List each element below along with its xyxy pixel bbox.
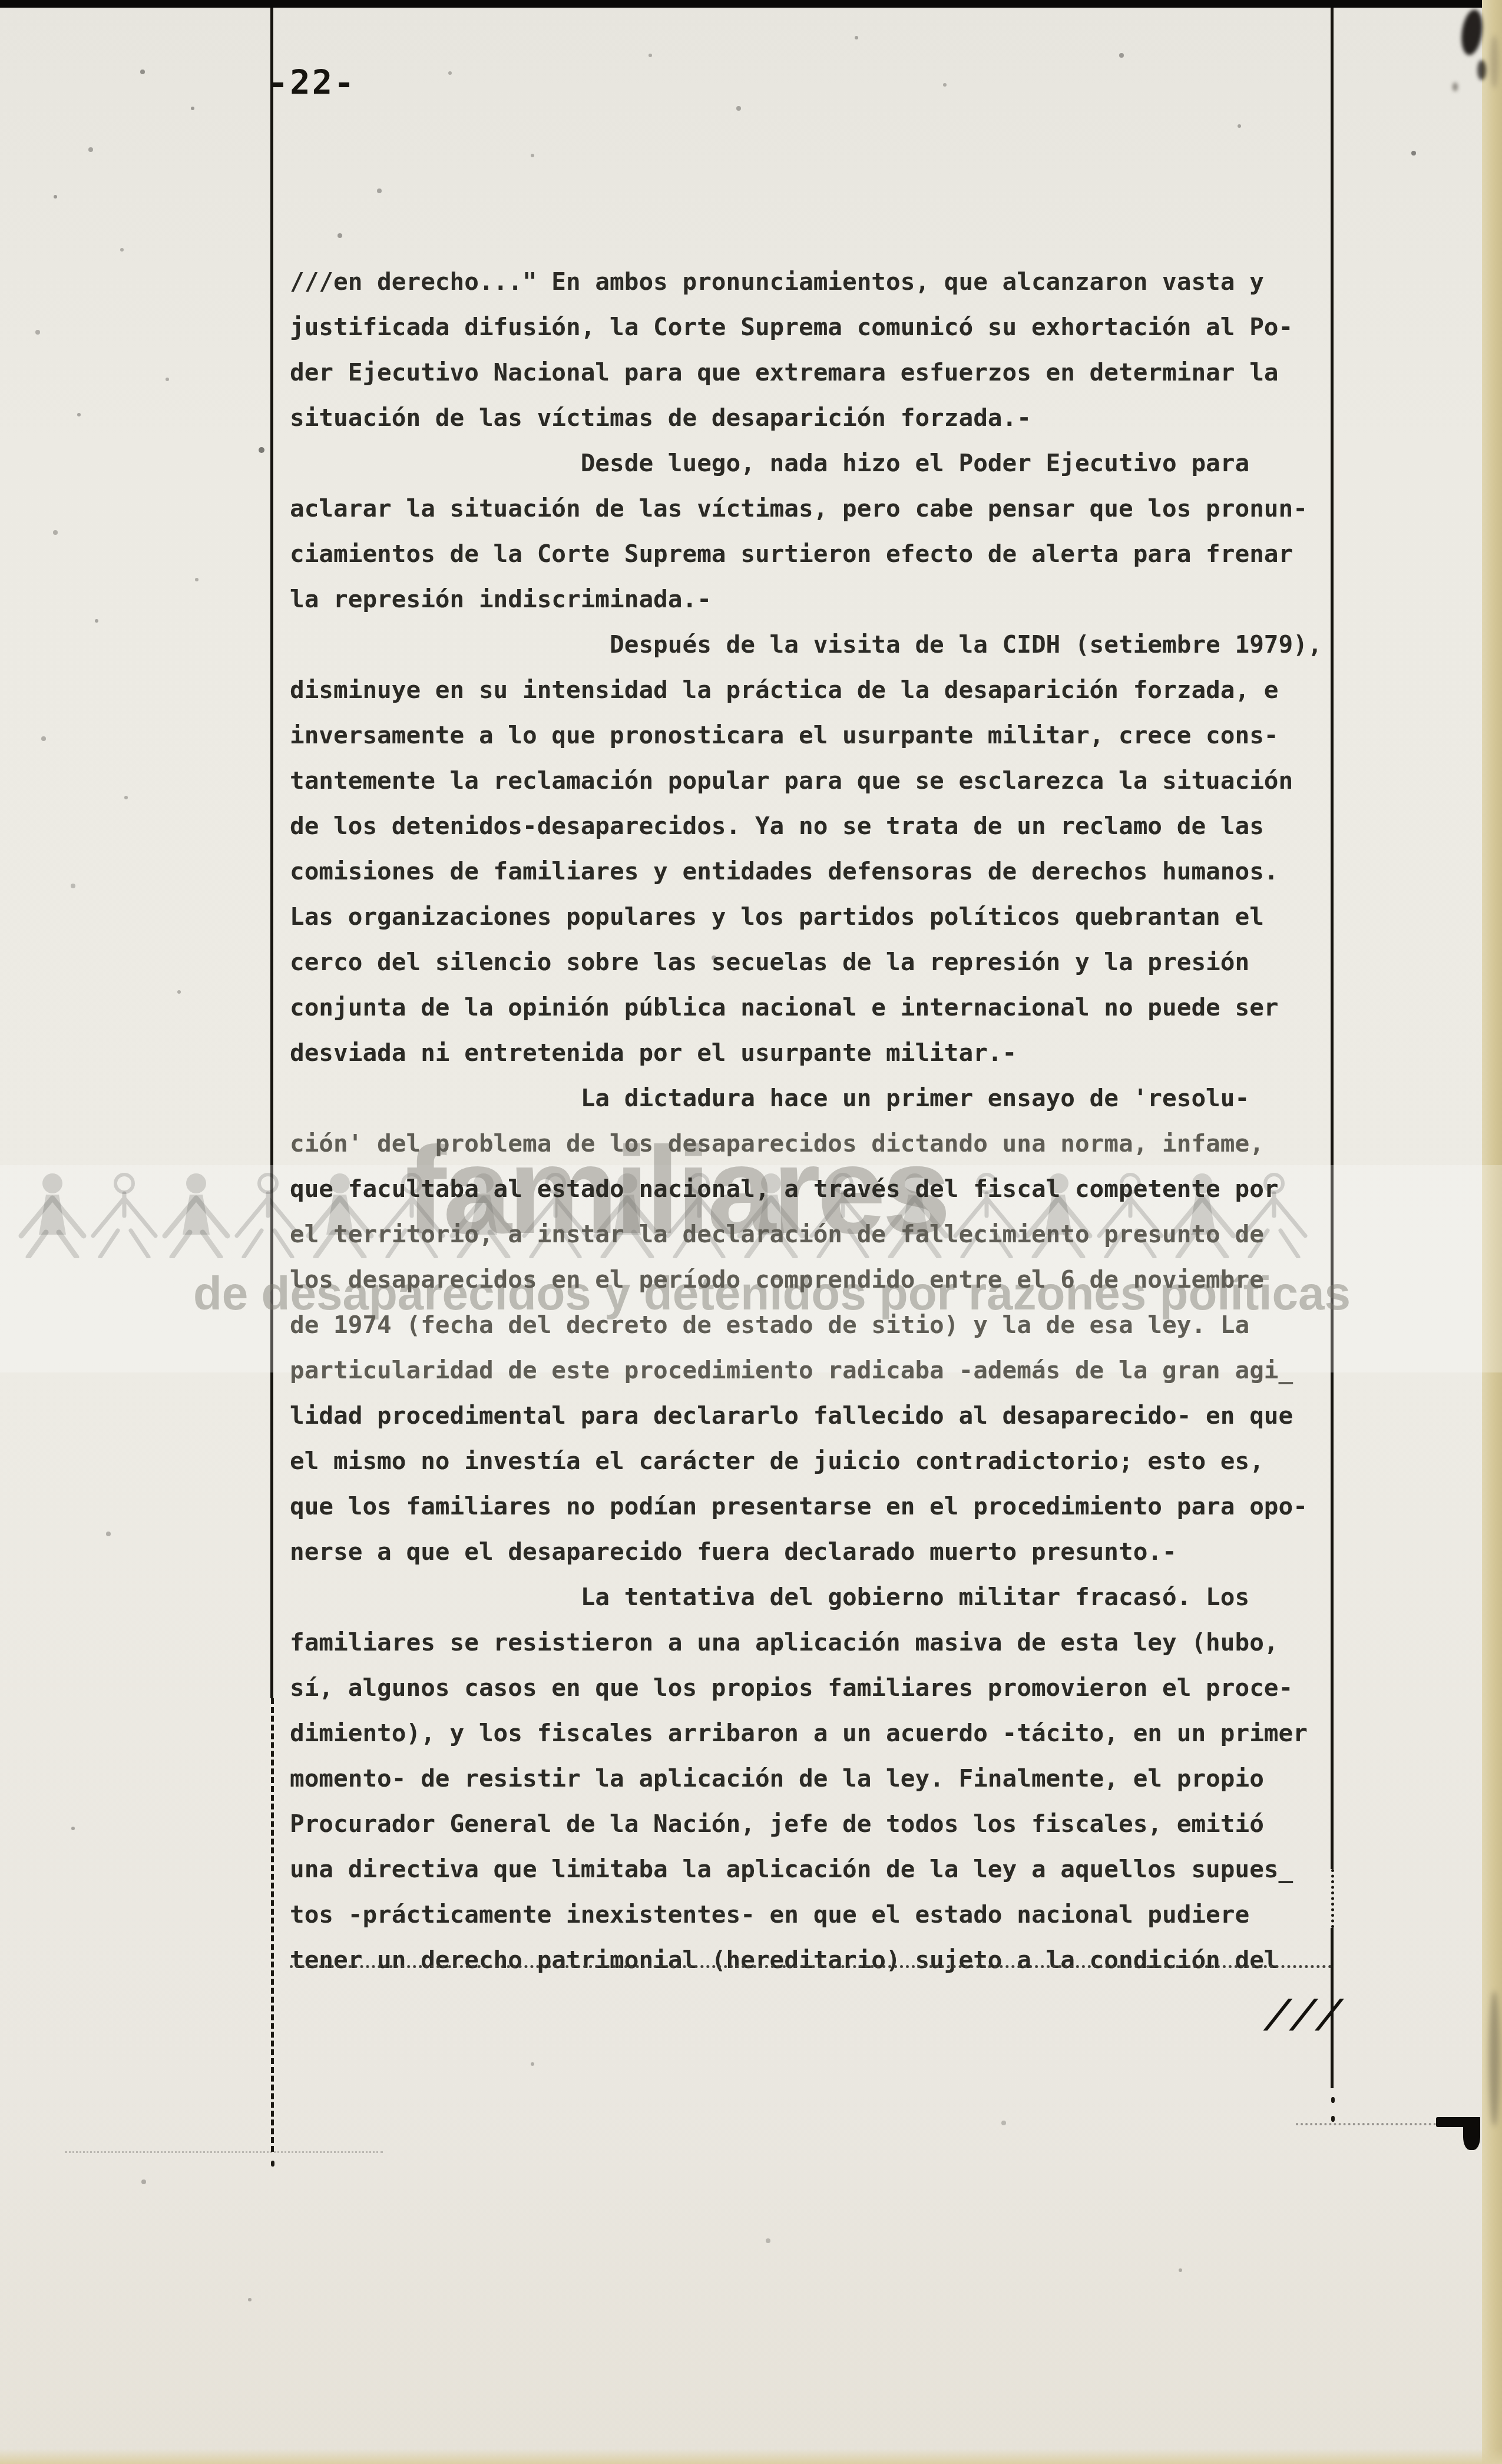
paper-doll-icon — [165, 1173, 227, 1257]
typed-line: Desde luego, nada hizo el Poder Ejecutiv… — [290, 441, 1338, 486]
typed-line: ción' del problema de los desaparecidos … — [290, 1121, 1338, 1166]
ink-smudge — [1477, 60, 1486, 80]
paper-doll-icon — [21, 1173, 84, 1257]
corner-ink-mark — [1463, 2117, 1480, 2150]
typed-line: los desaparecidos en el período comprend… — [290, 1257, 1338, 1302]
scan-top-edge — [0, 0, 1502, 8]
typed-line: dimiento), y los fiscales arribaron a un… — [290, 1711, 1338, 1756]
ink-smudge — [1453, 82, 1458, 91]
typed-line: momento- de resistir la aplicación de la… — [290, 1756, 1338, 1801]
typed-line: aclarar la situación de las víctimas, pe… — [290, 486, 1338, 531]
typed-line: La tentativa del gobierno militar fracas… — [290, 1575, 1338, 1620]
continuation-slashes: /// — [1259, 1991, 1351, 2036]
typed-line: el mismo no investía el carácter de juic… — [290, 1438, 1338, 1484]
scan-bottom-edge-strip — [0, 2449, 1502, 2464]
typed-line: que los familiares no podían presentarse… — [290, 1484, 1338, 1529]
typed-line: el territorio, a instar la declaración d… — [290, 1212, 1338, 1257]
rule-dot — [1331, 2097, 1335, 2103]
typed-line: Después de la visita de la CIDH (setiemb… — [290, 622, 1338, 667]
paper-specks — [0, 0, 2, 2]
typed-line: particularidad de este procedimiento rad… — [290, 1348, 1338, 1393]
typed-line: disminuye en su intensidad la práctica d… — [290, 667, 1338, 713]
typed-line: de 1974 (fecha del decreto de estado de … — [290, 1302, 1338, 1348]
typed-line: Procurador General de la Nación, jefe de… — [290, 1801, 1338, 1847]
typed-line: justificada difusión, la Corte Suprema c… — [290, 305, 1338, 350]
left-margin-rule-dashed — [271, 1698, 274, 2152]
page-number: -22- — [268, 64, 356, 102]
ink-smudge — [1490, 35, 1498, 88]
dotted-trail-left — [65, 2151, 383, 2153]
typed-line: familiares se resistieron a una aplicaci… — [290, 1620, 1338, 1665]
dotted-separator-line — [290, 1965, 1332, 1968]
typed-line: La dictadura hace un primer ensayo de 'r… — [290, 1076, 1338, 1121]
typed-line: tantemente la reclamación popular para q… — [290, 758, 1338, 803]
dotted-trail-right — [1296, 2123, 1436, 2125]
typed-line: la represión indiscriminada.- — [290, 577, 1338, 622]
typed-line: desviada ni entretenida por el usurpante… — [290, 1030, 1338, 1076]
ink-smudge — [1489, 1991, 1500, 2126]
typed-line: una directiva que limitaba la aplicación… — [290, 1847, 1338, 1892]
scanned-document-page: -22- familiares de desaparecidos y deten… — [0, 0, 1502, 2464]
typed-line: comisiones de familiares y entidades def… — [290, 849, 1338, 894]
typed-text: ///en derecho..." En ambos pronunciamien… — [290, 259, 1338, 1983]
typed-line: nerse a que el desaparecido fuera declar… — [290, 1529, 1338, 1575]
typed-line: tener un derecho patrimonial (hereditari… — [290, 1937, 1338, 1983]
typed-line: de los detenidos-desaparecidos. Ya no se… — [290, 803, 1338, 849]
typed-line: ///en derecho..." En ambos pronunciamien… — [290, 259, 1338, 305]
typed-line: situación de las víctimas de desaparició… — [290, 395, 1338, 441]
typed-line: der Ejecutivo Nacional para que extremar… — [290, 350, 1338, 395]
typed-line: que facultaba al estado nacional, a trav… — [290, 1166, 1338, 1212]
paper-doll-icon — [93, 1175, 156, 1257]
typed-line: inversamente a lo que pronosticara el us… — [290, 713, 1338, 758]
typed-line: sí, algunos casos en que los propios fam… — [290, 1665, 1338, 1711]
typed-line: tos -prácticamente inexistentes- en que … — [290, 1892, 1338, 1937]
left-margin-rule — [270, 8, 273, 1698]
rule-dot — [271, 2161, 274, 2167]
typed-line: conjunta de la opinión pública nacional … — [290, 985, 1338, 1030]
typed-line: lidad procedimental para declararlo fall… — [290, 1393, 1338, 1438]
typed-line: Las organizaciones populares y los parti… — [290, 894, 1338, 940]
ink-smudge — [1459, 8, 1486, 57]
typed-line: ciamientos de la Corte Suprema surtieron… — [290, 531, 1338, 577]
rule-dot — [1331, 2116, 1335, 2122]
typed-line: cerco del silencio sobre las secuelas de… — [290, 940, 1338, 985]
